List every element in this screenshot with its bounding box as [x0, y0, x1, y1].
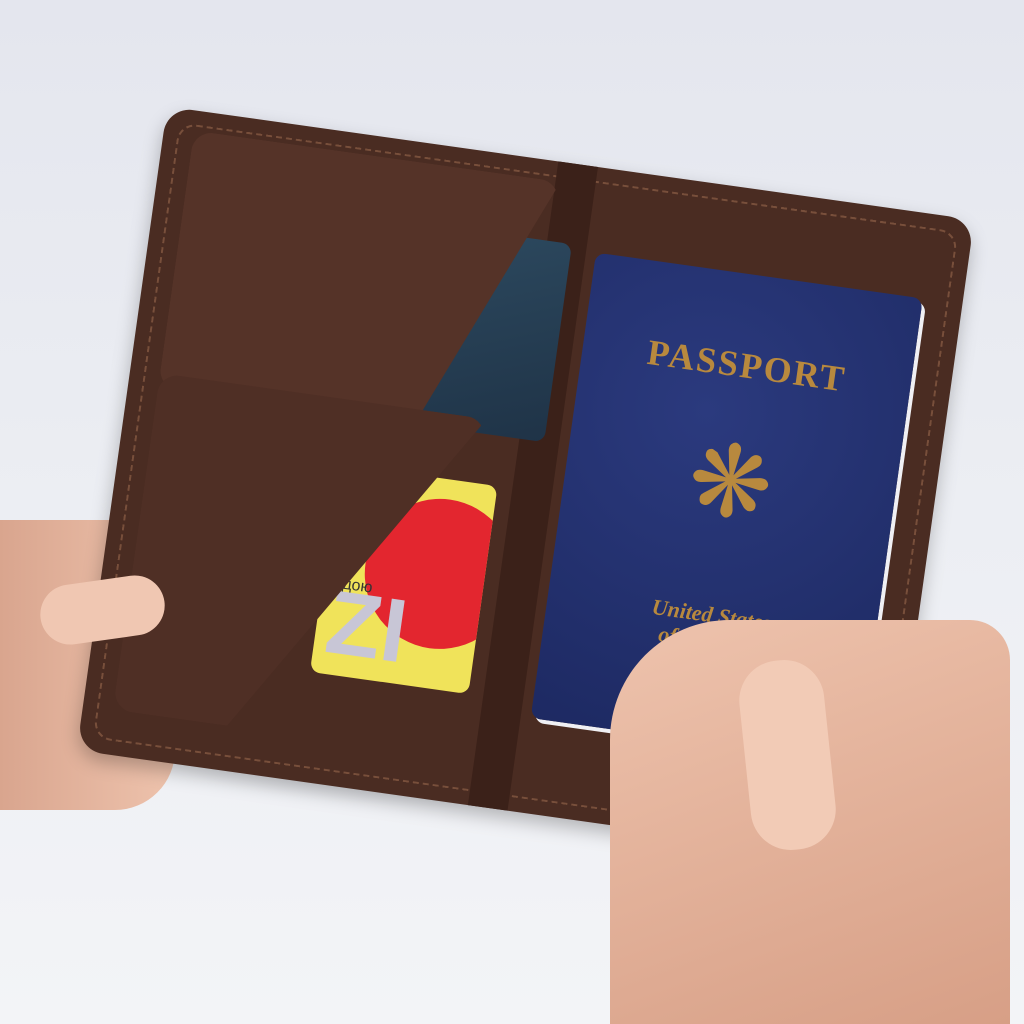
passport-title: PASSPORT [580, 322, 913, 410]
photo-scene: дою ZI PASSPORT ❋ United States of Ameri… [0, 0, 1024, 1024]
eagle-seal-icon: ❋ [667, 416, 793, 550]
